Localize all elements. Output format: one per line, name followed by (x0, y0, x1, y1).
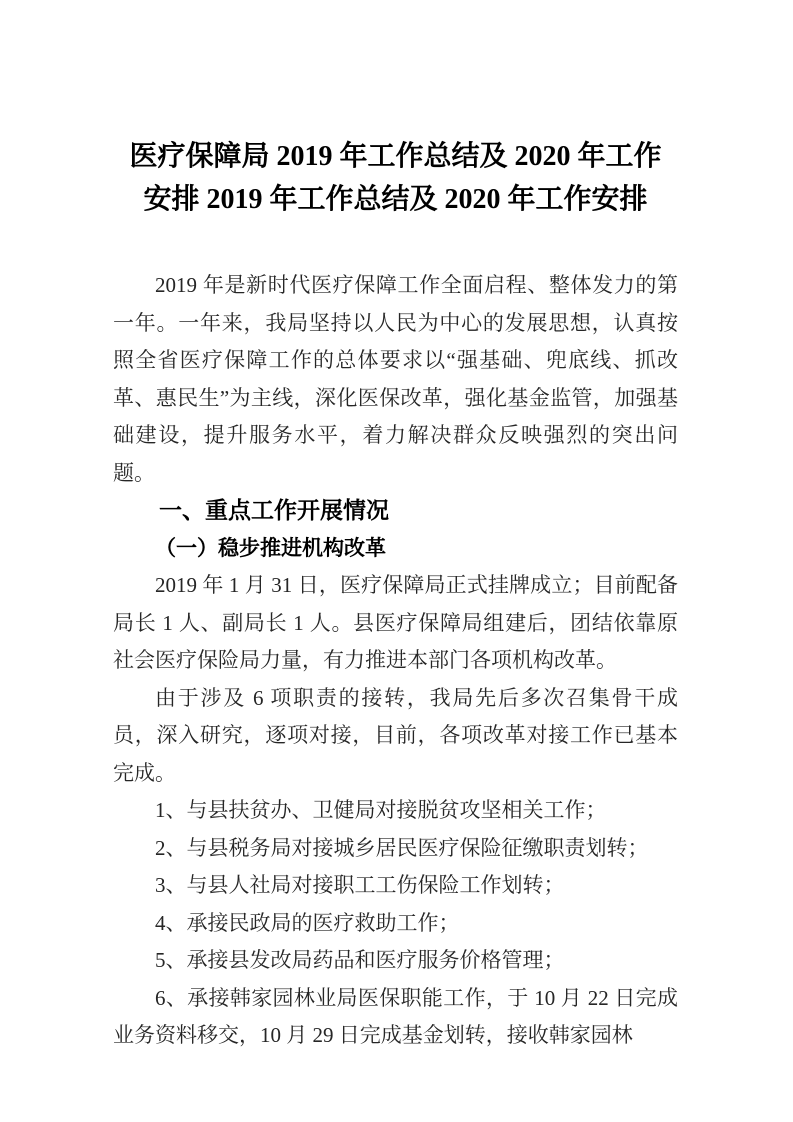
intro-paragraph: 2019 年是新时代医疗保障工作全面启程、整体发力的第一年。一年来，我局坚持以人… (113, 267, 678, 492)
paragraph-duty-transfer: 由于涉及 6 项职责的接转，我局先后多次召集骨干成员，深入研究，逐项对接，目前，… (113, 680, 678, 793)
document-title-line-2: 安排 2019 年工作总结及 2020 年工作安排 (113, 178, 678, 221)
paragraph-establishment: 2019 年 1 月 31 日，医疗保障局正式挂牌成立；目前配备局长 1 人、副… (113, 567, 678, 680)
list-item-5: 5、承接县发改局药品和医疗服务价格管理； (113, 942, 678, 980)
list-item-4: 4、承接民政局的医疗救助工作； (113, 905, 678, 943)
list-item-6: 6、承接韩家园林业局医保职能工作，于 10 月 22 日完成业务资料移交，10 … (113, 980, 678, 1055)
document-content: 医疗保障局 2019 年工作总结及 2020 年工作 安排 2019 年工作总结… (113, 0, 678, 1055)
list-item-3: 3、与县人社局对接职工工伤保险工作划转； (113, 867, 678, 905)
list-item-2: 2、与县税务局对接城乡居民医疗保险征缴职责划转； (113, 830, 678, 868)
document-title: 医疗保障局 2019 年工作总结及 2020 年工作 安排 2019 年工作总结… (113, 135, 678, 221)
list-item-1: 1、与县扶贫办、卫健局对接脱贫攻坚相关工作； (113, 792, 678, 830)
document-page: 医疗保障局 2019 年工作总结及 2020 年工作 安排 2019 年工作总结… (0, 0, 793, 1122)
subsection-heading-institutional-reform: （一）稳步推进机构改革 (113, 530, 678, 568)
section-heading-key-work: 一、重点工作开展情况 (113, 492, 678, 530)
document-title-line-1: 医疗保障局 2019 年工作总结及 2020 年工作 (113, 135, 678, 178)
